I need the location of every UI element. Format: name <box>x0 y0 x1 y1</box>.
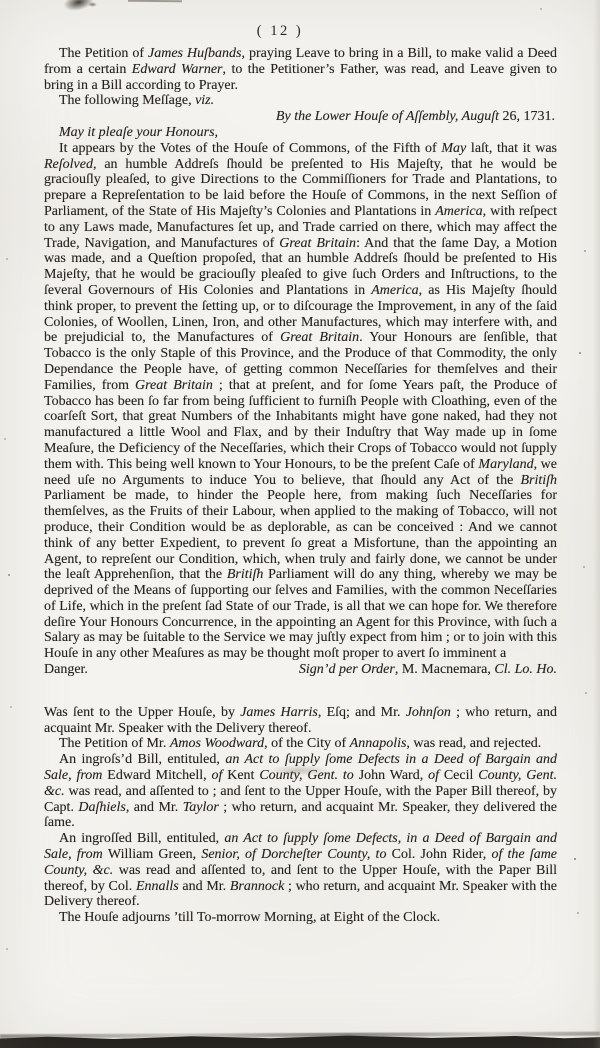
paragraph-bill-green-rider: An ingroſſed Bill, entituled, an Act to … <box>44 831 557 910</box>
ink-smudge <box>88 2 97 7</box>
message-byline: By the Lower Houſe of Aſſembly, Auguſt 2… <box>44 109 557 125</box>
scan-artifact-line <box>128 0 182 2</box>
page-number: ( 12 ) <box>0 23 560 40</box>
paragraph-assembly-message: It appears by the Votes of the Houſe of … <box>44 141 557 662</box>
ink-specks <box>0 0 2 2</box>
scan-smudge <box>268 765 330 776</box>
paragraph-petition-woodward: The Petition of Mr. Amos Woodward, of th… <box>44 736 557 752</box>
signature-line: Danger. Sign’d per Order, M. Macnemara, … <box>44 662 557 678</box>
paragraph-adjournment: The Houſe adjourns ’till To-morrow Morni… <box>44 910 557 926</box>
paragraph-sent-upper-house: Was ſent to the Upper Houſe, by James Ha… <box>44 705 557 737</box>
signature-line-signature: Sign’d per Order, M. Macnemara, Cl. Lo. … <box>299 662 557 678</box>
scanned-document-page: ( 12 ) The Petition of James Huſbands, p… <box>0 0 600 1048</box>
paragraph-following-message: The following Meſſage, viz. <box>44 93 557 109</box>
signature-line-left-word: Danger. <box>44 662 88 678</box>
message-salutation: May it pleaſe your Honours, <box>44 125 557 141</box>
paragraph-petition-husbands: The Petition of James Huſbands, praying … <box>44 46 557 93</box>
document-text-column: The Petition of James Huſbands, praying … <box>44 46 557 926</box>
